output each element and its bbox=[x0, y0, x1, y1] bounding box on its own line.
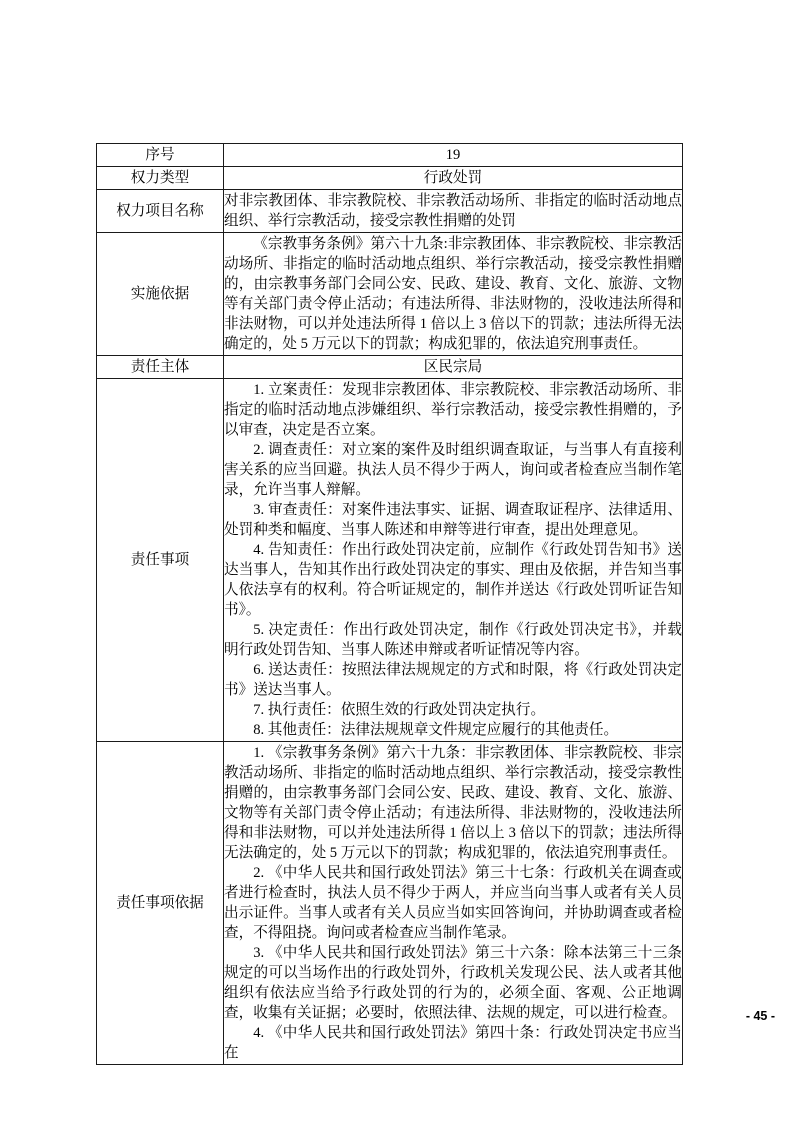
row-label-implementation-basis: 实施依据 bbox=[97, 233, 224, 356]
row-label-responsibility-basis: 责任事项依据 bbox=[97, 742, 224, 1065]
row-content-responsibility-items: 1. 立案责任：发现非宗教团体、非宗教院校、非宗教活动场所、非指定的临时活动地点… bbox=[224, 379, 683, 742]
row-value-responsible-subject: 区民宗局 bbox=[224, 356, 683, 379]
responsibility-item-3: 3. 审查责任：对案件违法事实、证据、调查取证程序、法律适用、处罚种类和幅度、当… bbox=[224, 500, 682, 540]
row-label-power-type: 权力类型 bbox=[97, 167, 224, 190]
responsibility-basis-4: 4. 《中华人民共和国行政处罚法》第四十条：行政处罚决定书应当在 bbox=[224, 1023, 682, 1063]
table-row-responsibility-basis: 责任事项依据 1. 《宗教事务条例》第六十九条：非宗教团体、非宗教院校、非宗教活… bbox=[97, 742, 683, 1065]
row-content-responsibility-basis: 1. 《宗教事务条例》第六十九条：非宗教团体、非宗教院校、非宗教活动场所、非指定… bbox=[224, 742, 683, 1065]
row-value-power-type: 行政处罚 bbox=[224, 167, 683, 190]
responsibility-item-7: 7. 执行责任：依照生效的行政处罚决定执行。 bbox=[224, 700, 682, 720]
responsibility-basis-1: 1. 《宗教事务条例》第六十九条：非宗教团体、非宗教院校、非宗教活动场所、非指定… bbox=[224, 743, 682, 863]
row-label-power-item-name: 权力项目名称 bbox=[97, 190, 224, 233]
paragraph: 对非宗教团体、非宗教院校、非宗教活动场所、非指定的临时活动地点组织、举行宗教活动… bbox=[224, 191, 682, 231]
power-item-table: 序号 19 权力类型 行政处罚 权力项目名称 对非宗教团体、非宗教院校、非宗教活… bbox=[96, 143, 683, 1065]
table-row-power-item-name: 权力项目名称 对非宗教团体、非宗教院校、非宗教活动场所、非指定的临时活动地点组织… bbox=[97, 190, 683, 233]
responsibility-item-1: 1. 立案责任：发现非宗教团体、非宗教院校、非宗教活动场所、非指定的临时活动地点… bbox=[224, 380, 682, 440]
table-row-responsibility-items: 责任事项 1. 立案责任：发现非宗教团体、非宗教院校、非宗教活动场所、非指定的临… bbox=[97, 379, 683, 742]
responsibility-basis-2: 2. 《中华人民共和国行政处罚法》第三十七条：行政机关在调查或者进行检查时，执法… bbox=[224, 863, 682, 943]
responsibility-item-4: 4. 告知责任：作出行政处罚决定前，应制作《行政处罚告知书》送达当事人，告知其作… bbox=[224, 540, 682, 620]
row-label-serial-number: 序号 bbox=[97, 144, 224, 167]
row-content-power-item-name: 对非宗教团体、非宗教院校、非宗教活动场所、非指定的临时活动地点组织、举行宗教活动… bbox=[224, 190, 683, 233]
table-row-serial-number: 序号 19 bbox=[97, 144, 683, 167]
responsibility-item-5: 5. 决定责任：作出行政处罚决定，制作《行政处罚决定书》，并载明行政处罚告知、当… bbox=[224, 620, 682, 660]
responsibility-item-6: 6. 送达责任：按照法律法规规定的方式和时限，将《行政处罚决定书》送达当事人。 bbox=[224, 660, 682, 700]
table-row-implementation-basis: 实施依据 《宗教事务条例》第六十九条:非宗教团体、非宗教院校、非宗教活动场所、非… bbox=[97, 233, 683, 356]
table-row-responsible-subject: 责任主体 区民宗局 bbox=[97, 356, 683, 379]
responsibility-item-8: 8. 其他责任：法律法规规章文件规定应履行的其他责任。 bbox=[224, 720, 682, 740]
row-label-responsible-subject: 责任主体 bbox=[97, 356, 224, 379]
responsibility-item-2: 2. 调查责任：对立案的案件及时组织调查取证，与当事人有直接利害关系的应当回避。… bbox=[224, 440, 682, 500]
row-content-implementation-basis: 《宗教事务条例》第六十九条:非宗教团体、非宗教院校、非宗教活动场所、非指定的临时… bbox=[224, 233, 683, 356]
document-page: 序号 19 权力类型 行政处罚 权力项目名称 对非宗教团体、非宗教院校、非宗教活… bbox=[0, 0, 793, 1122]
row-label-responsibility-items: 责任事项 bbox=[97, 379, 224, 742]
page-number: - 45 - bbox=[746, 1009, 775, 1023]
row-value-serial-number: 19 bbox=[224, 144, 683, 167]
paragraph: 《宗教事务条例》第六十九条:非宗教团体、非宗教院校、非宗教活动场所、非指定的临时… bbox=[224, 234, 682, 354]
table-row-power-type: 权力类型 行政处罚 bbox=[97, 167, 683, 190]
responsibility-basis-3: 3. 《中华人民共和国行政处罚法》第三十六条：除本法第三十三条规定的可以当场作出… bbox=[224, 943, 682, 1023]
